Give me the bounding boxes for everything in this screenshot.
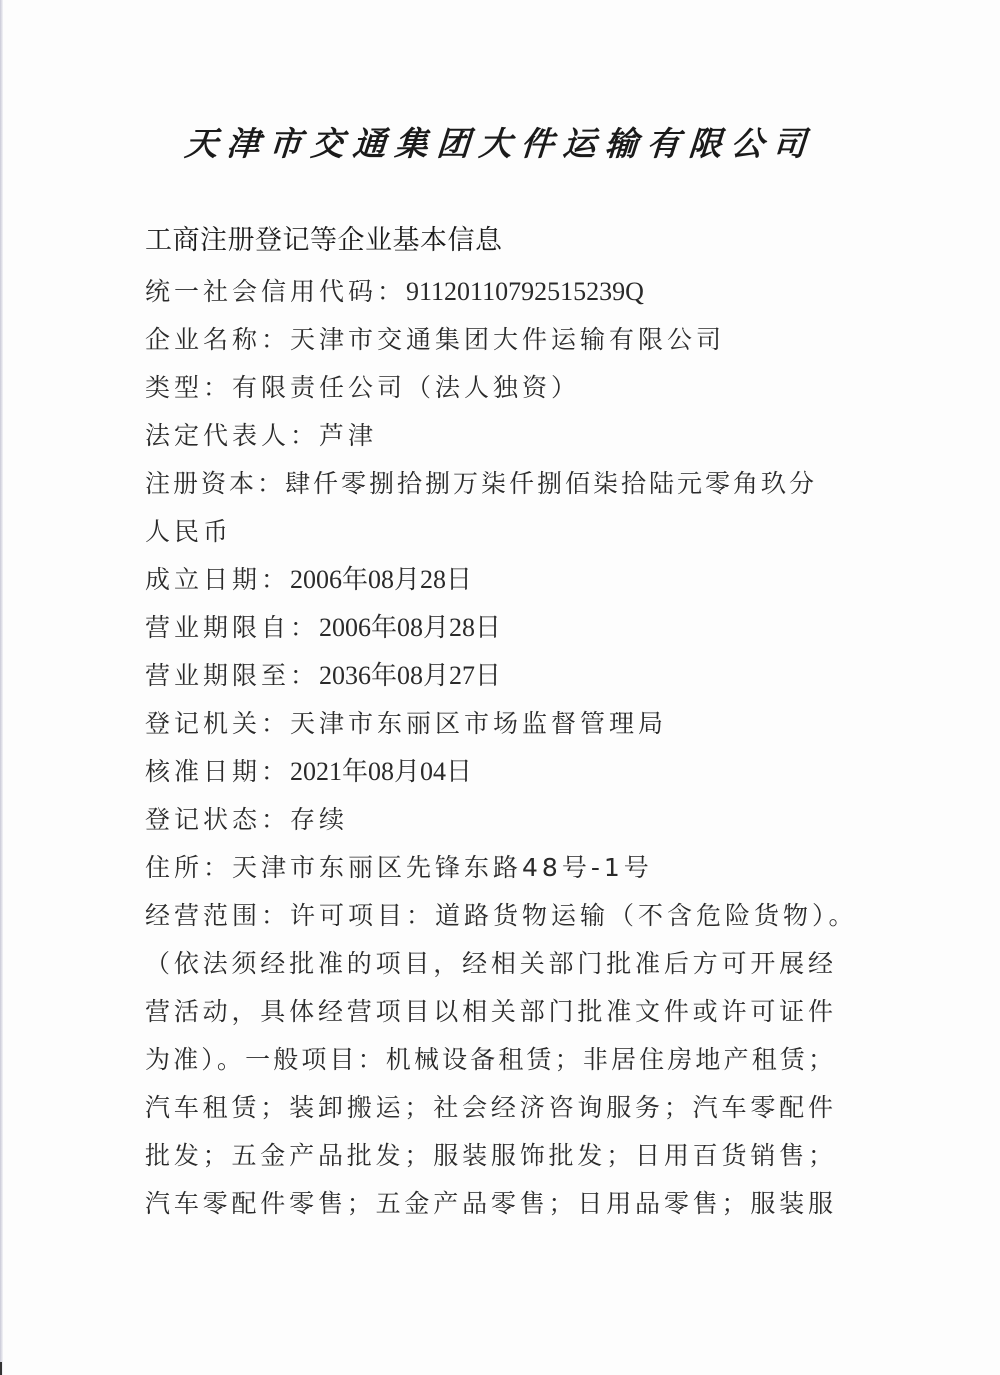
field-value: 天津市东丽区先锋东路48号-1号 [232, 853, 653, 882]
field-value: 天津市交通集团大件运输有限公司 [290, 325, 725, 354]
field-type: 类型：有限责任公司（法人独资） [145, 364, 835, 412]
field-value: 2006年08月28日 [319, 613, 501, 642]
field-label: 成立日期： [145, 565, 290, 594]
field-label: 登记机关： [145, 709, 290, 738]
business-scope-line-4: 为准）。一般项目：机械设备租赁；非居住房地产租赁； [145, 1036, 835, 1084]
field-label: 营业期限自： [145, 613, 319, 642]
field-value: 肆仟零捌拾捌万柒仟捌佰柒拾陆元零角玖分 [285, 469, 817, 498]
business-scope-line-1: 经营范围：许可项目：道路货物运输（不含危险货物）。 [145, 892, 835, 940]
business-scope-line-7: 汽车零配件零售；五金产品零售；日用品零售；服装服 [145, 1180, 835, 1228]
field-label: 经营范围： [145, 901, 290, 930]
field-registration-authority: 登记机关：天津市东丽区市场监督管理局 [145, 700, 835, 748]
section-heading: 工商注册登记等企业基本信息 [145, 218, 503, 257]
field-registered-capital: 注册资本：肆仟零捌拾捌万柒仟捌佰柒拾陆元零角玖分 [145, 460, 835, 508]
business-scope-line-6: 批发；五金产品批发；服装服饰批发；日用百货销售； [145, 1132, 835, 1180]
field-label: 登记状态： [145, 805, 290, 834]
field-value: 天津市东丽区市场监督管理局 [290, 709, 667, 738]
field-value: 91120110792515239Q [406, 277, 644, 306]
field-credit-code: 统一社会信用代码：91120110792515239Q [145, 268, 835, 316]
field-value: 芦津 [319, 421, 377, 450]
field-term-to: 营业期限至：2036年08月27日 [145, 652, 835, 700]
scan-edge [0, 0, 3, 1375]
field-value: 存续 [290, 805, 348, 834]
field-label: 统一社会信用代码： [145, 277, 406, 306]
field-label: 注册资本： [145, 469, 285, 498]
company-title: 天津市交通集团大件运输有限公司 [0, 118, 1000, 165]
business-scope-line-5: 汽车租赁；装卸搬运；社会经济咨询服务；汽车零配件 [145, 1084, 835, 1132]
field-label: 住所： [145, 853, 232, 882]
business-scope-line-2: （依法须经批准的项目，经相关部门批准后方可开展经 [145, 940, 835, 988]
field-value: 2021年08月04日 [290, 757, 472, 786]
field-label: 营业期限至： [145, 661, 319, 690]
field-address: 住所：天津市东丽区先锋东路48号-1号 [145, 844, 835, 892]
registration-info: 统一社会信用代码：91120110792515239Q 企业名称：天津市交通集团… [145, 268, 835, 1228]
field-established-date: 成立日期：2006年08月28日 [145, 556, 835, 604]
field-registration-status: 登记状态：存续 [145, 796, 835, 844]
field-registered-capital-cont: 人民币 [145, 508, 835, 556]
field-label: 核准日期： [145, 757, 290, 786]
field-company-name: 企业名称：天津市交通集团大件运输有限公司 [145, 316, 835, 364]
field-label: 企业名称： [145, 325, 290, 354]
field-label: 类型： [145, 373, 232, 402]
field-value: 有限责任公司（法人独资） [232, 373, 580, 402]
field-legal-rep: 法定代表人：芦津 [145, 412, 835, 460]
scan-mark [0, 1362, 2, 1375]
field-value-cont: 人民币 [145, 517, 232, 546]
document-page: 天津市交通集团大件运输有限公司 工商注册登记等企业基本信息 统一社会信用代码：9… [0, 0, 1000, 1375]
scope-text: 许可项目：道路货物运输（不含危险货物）。 [290, 901, 858, 930]
field-term-from: 营业期限自：2006年08月28日 [145, 604, 835, 652]
field-value: 2036年08月27日 [319, 661, 501, 690]
field-value: 2006年08月28日 [290, 565, 472, 594]
field-approval-date: 核准日期：2021年08月04日 [145, 748, 835, 796]
field-label: 法定代表人： [145, 421, 319, 450]
business-scope-line-3: 营活动，具体经营项目以相关部门批准文件或许可证件 [145, 988, 835, 1036]
